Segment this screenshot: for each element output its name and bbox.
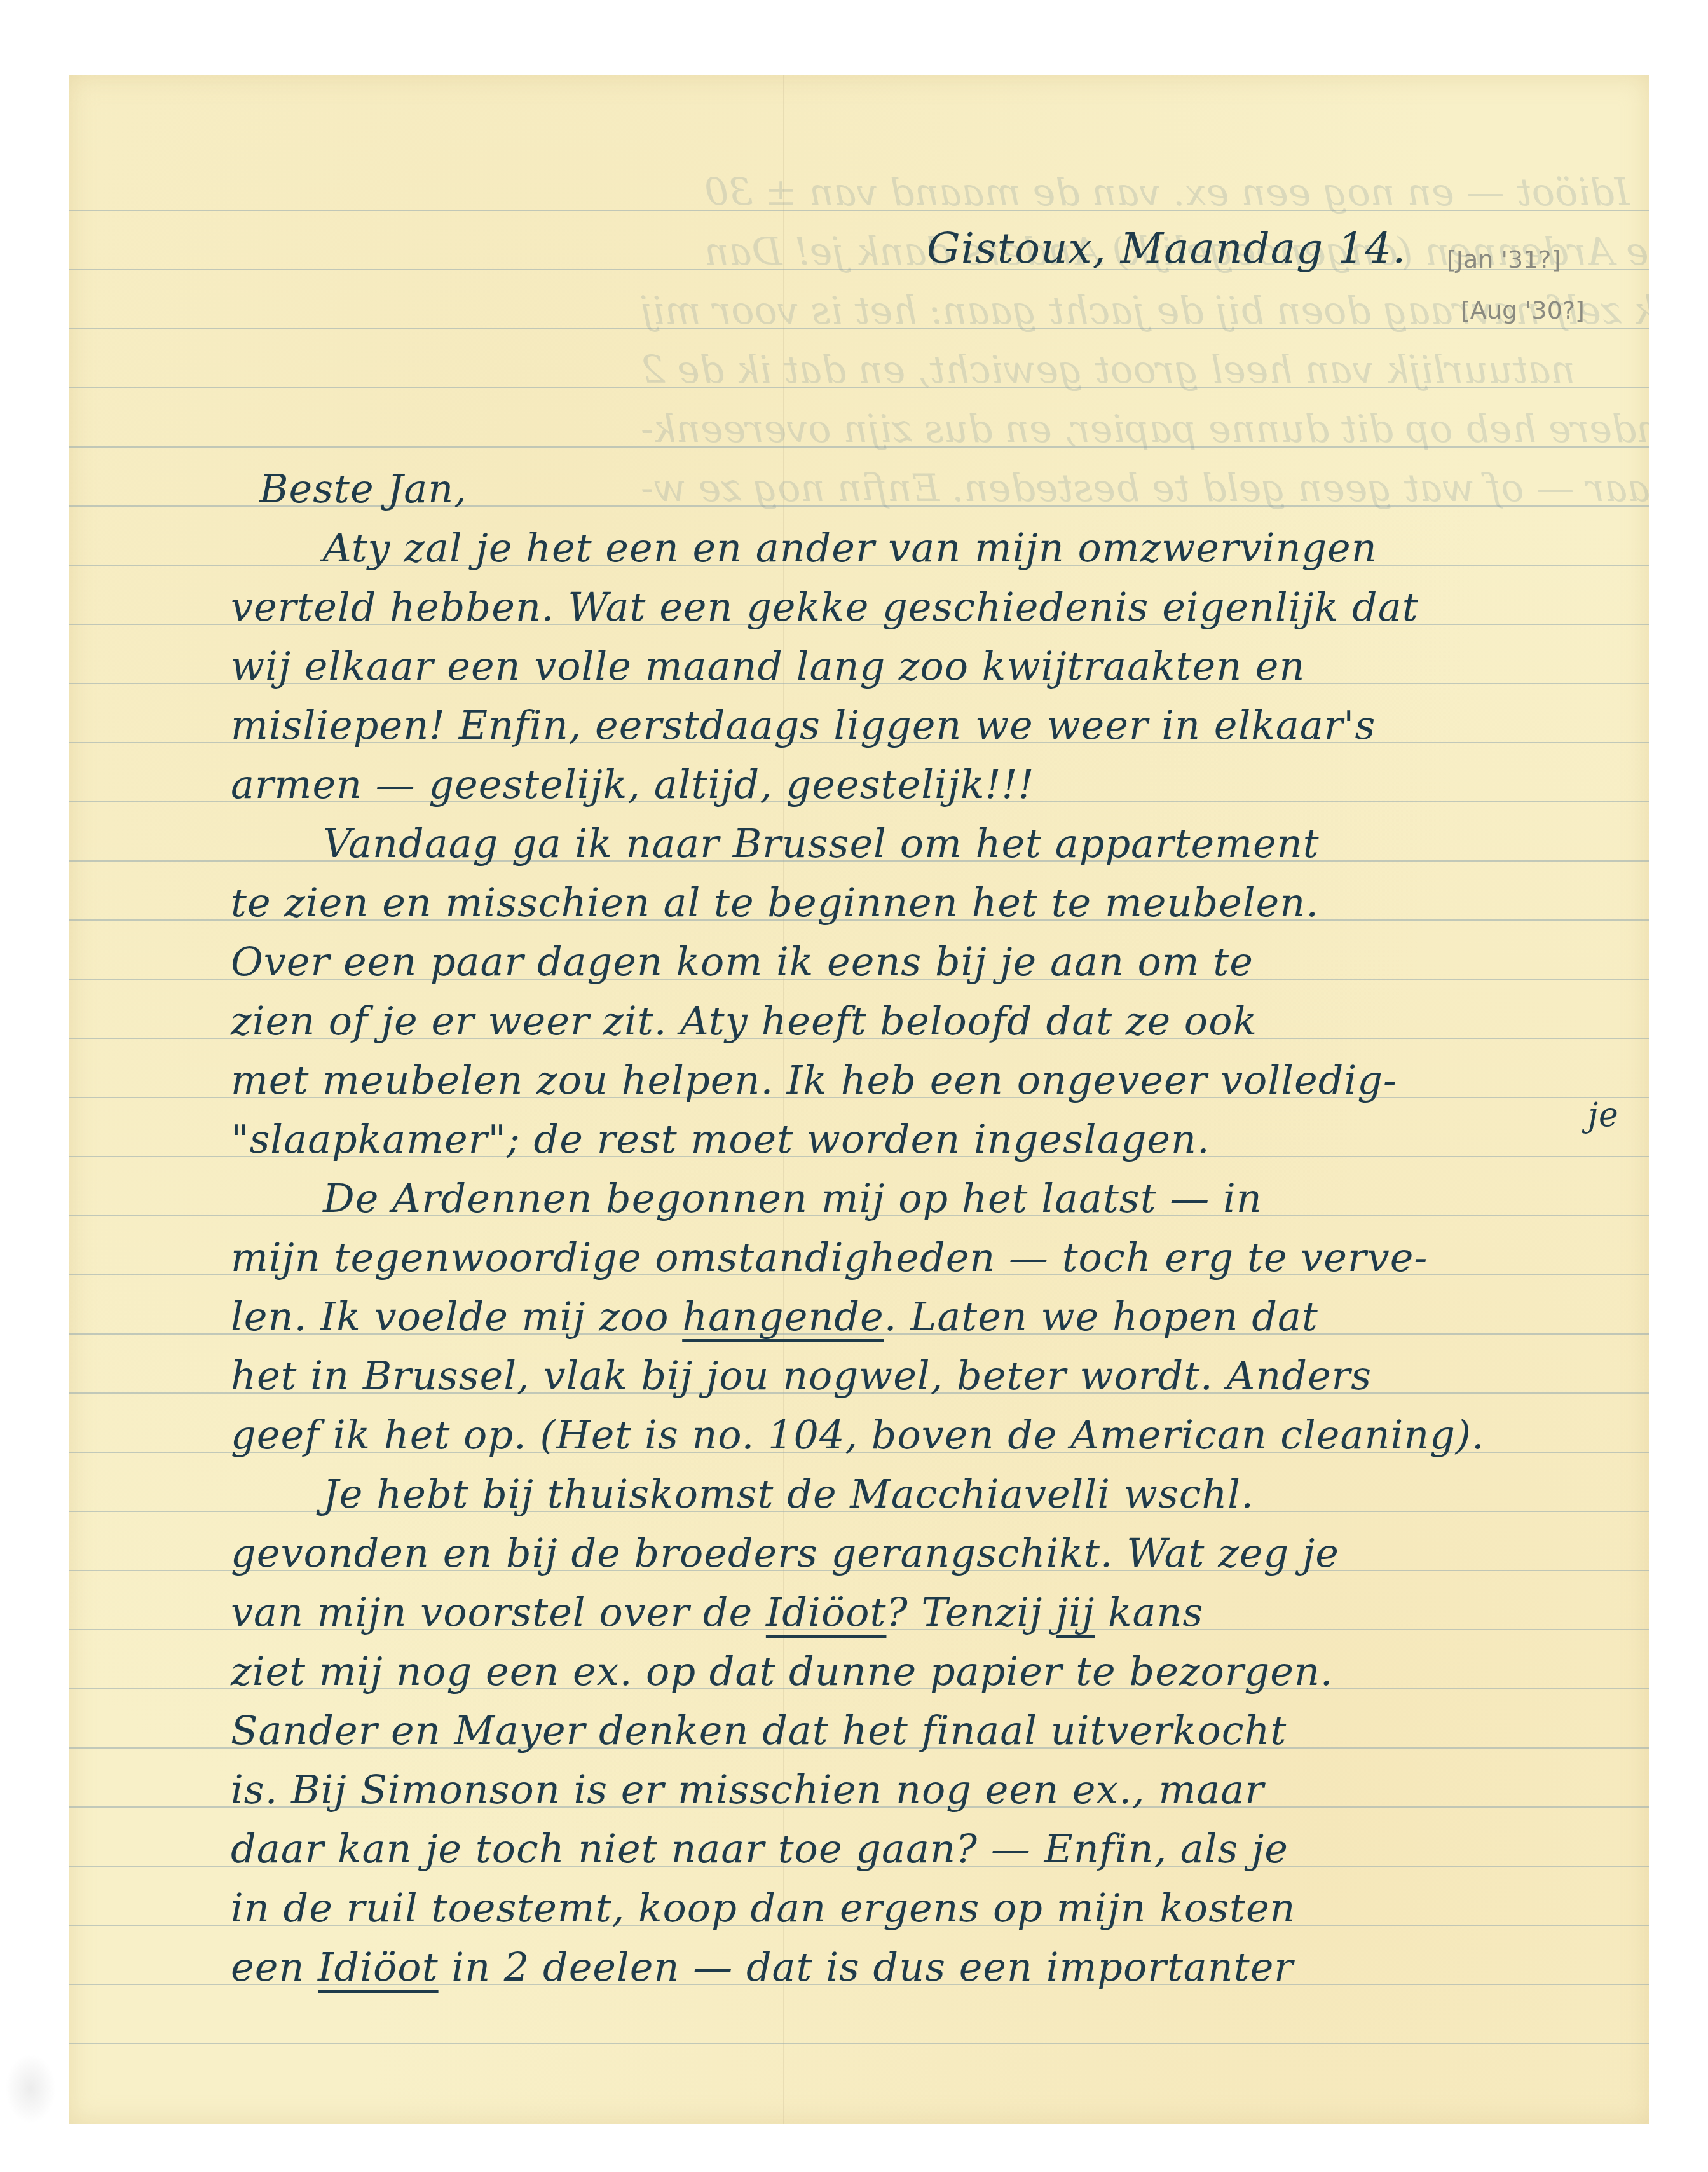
letter-line: armen — geestelijk, altijd, geestelijk!!… [231, 765, 1034, 804]
letter-line: De Ardennen begonnen mij op het laatst —… [323, 1179, 1262, 1218]
letter-page: Idiöot — en nog een ex. van de maand van… [69, 75, 1649, 2124]
letter-line: mijn tegenwoordige omstandigheden — toch… [231, 1238, 1428, 1277]
letter-line: verteld hebben. Wat een gekke geschieden… [231, 588, 1419, 627]
margin-word: je [1588, 1099, 1619, 1132]
place-date: Gistoux, Maandag 14. [927, 228, 1406, 270]
letter-line: Over een paar dagen kom ik eens bij je a… [231, 942, 1254, 982]
letter-line: geef ik het op. (Het is no. 104, boven d… [231, 1415, 1485, 1455]
underlined-word: hangende [682, 1293, 884, 1340]
line-text: kans [1095, 1589, 1203, 1635]
letter-line: daar kan je toch niet naar toe gaan? — E… [231, 1829, 1288, 1869]
pencil-date-annotation: [Jan '31?] [1447, 245, 1561, 273]
letter-line: wij elkaar een volle maand lang zoo kwij… [231, 647, 1305, 686]
ruled-line [69, 2043, 1649, 2044]
letter-line: ziet mij nog een ex. op dat dunne papier… [231, 1652, 1334, 1691]
letter-line: is. Bij Simonson is er misschien nog een… [231, 1770, 1264, 1810]
letter-line: met meubelen zou helpen. Ik heb een onge… [231, 1061, 1397, 1100]
letter-line: len. Ik voelde mij zoo hangende. Laten w… [231, 1297, 1318, 1337]
line-text: . Laten we hopen dat [884, 1293, 1318, 1340]
underlined-word: Idiöot [318, 1944, 439, 1990]
letter-line: Sander en Mayer denken dat het finaal ui… [231, 1711, 1287, 1750]
bleed-through-line: natuurlijk van heel groot gewicht, en da… [641, 348, 1575, 392]
letter-line: Vandaag ga ik naar Brussel om het appart… [323, 824, 1320, 863]
letter-line: een Idiöot in 2 deelen — dat is dus een … [231, 1948, 1294, 1987]
line-text: een [231, 1944, 318, 1990]
pencil-date-annotation: [Aug '30?] [1461, 296, 1585, 324]
bleed-through-line: andere heb op dit dunne papier, en dus z… [641, 407, 1649, 451]
letter-line: van mijn voorstel over de Idiöot? Tenzij… [231, 1593, 1203, 1632]
line-text: len. Ik voelde mij zoo [231, 1293, 682, 1340]
underlined-word: jij [1056, 1589, 1095, 1635]
letter-line: gevonden en bij de broeders gerangschikt… [231, 1534, 1339, 1573]
line-text: ? Tenzij [886, 1589, 1056, 1635]
scan-smudge [5, 2054, 56, 2124]
bleed-through-line: Idiöot — en nog een ex. van de maand van… [704, 170, 1630, 215]
bleed-through-line: baar — of wat geen geld te besteden. Enf… [641, 466, 1649, 511]
salutation: Beste Jan, [259, 469, 467, 509]
letter-line: Aty zal je het een en ander van mijn omz… [323, 528, 1377, 568]
letter-line: in de ruil toestemt, koop dan ergens op … [231, 1888, 1296, 1928]
letter-line: Je hebt bij thuiskomst de Macchiavelli w… [323, 1474, 1254, 1514]
letter-line: te zien en misschien al te beginnen het … [231, 883, 1319, 923]
letter-line: zien of je er weer zit. Aty heeft beloof… [231, 1001, 1257, 1041]
letter-line: misliepen! Enfin, eerstdaags liggen we w… [231, 706, 1376, 745]
letter-line: het in Brussel, vlak bij jou nogwel, bet… [231, 1356, 1372, 1396]
line-text: in 2 deelen — dat is dus een importanter [439, 1944, 1294, 1990]
underlined-word: Idiöot [766, 1589, 887, 1635]
line-text: van mijn voorstel over de [231, 1589, 766, 1635]
letter-line: "slaapkamer"; de rest moet worden ingesl… [231, 1120, 1210, 1159]
